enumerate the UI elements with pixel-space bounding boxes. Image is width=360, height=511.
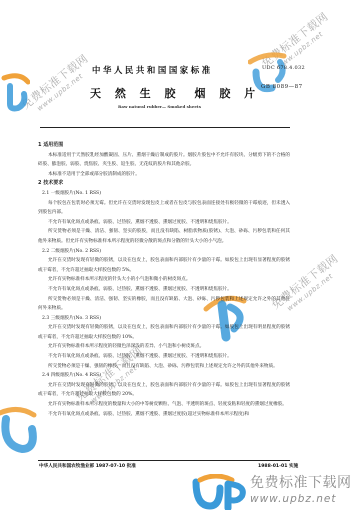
paragraph: 所交货物必须是干燥、强韧的橡胶，而且没有缺陷、大泡、砂砾、污秽包装和上述规定允许…	[38, 362, 290, 372]
title-part-2: 烟 胶 片	[195, 87, 261, 100]
paragraph: 允许在交货时发现有轻微的胶锈，以及在包皮上，胶包表面和内部胶片有少量的干霉。如胶…	[38, 323, 290, 342]
paragraph: 本标准适用于天然胶乳经加酸凝固、压片、熏烟干燥后制成的胶片。烟胶片胶包中不允许有…	[38, 151, 290, 170]
gb-number: GB 8089—87	[261, 84, 303, 90]
section-heading: 2 技术要求	[38, 179, 290, 189]
watermark-url: www.upbz.net	[36, 63, 96, 113]
paragraph: 允许有实物标准样本所示程度的针头大小的小气泡和微小的树皮斑点。	[38, 275, 290, 285]
brand-url: www.upbz.net	[250, 493, 337, 505]
paragraph: 不允许有氧化斑点或条痕、弱胶、过热胶、熏烟不透胶、熏烟过度胶、不透明和烧焦胶片。	[38, 285, 290, 295]
paragraph: 允许在交货时发现有轻微的胶锈，以及在包皮上，胶包表面和内部胶片有少量的干霉。如胶…	[38, 381, 290, 400]
paragraph: 所交货物必须是干燥、清洁、强韧、坚实的橡胶，而且没有缺陷、大泡、砂砾、污秽包装和…	[38, 295, 290, 314]
standard-name: 中华人民共和国国家标准	[92, 64, 213, 76]
up-logo-icon	[0, 405, 40, 455]
brand-watermark: 免费标准下载网 www.upbz.net	[192, 472, 360, 511]
title-part-1: 天 然 生 胶	[90, 87, 181, 100]
up-logo-icon	[0, 72, 30, 112]
subsection-heading: 2.1 一级烟胶片(No. 1 RSS)	[42, 189, 290, 199]
paragraph: 不允许有氧化斑点或条痕、弱胶、过热胶、熏烟不透胶、熏烟过度胶、不透明和烧焦胶片。	[38, 218, 290, 228]
header-rule	[40, 127, 290, 128]
paragraph: 不允许有氧化斑点或条痕、弱胶、过热胶、熏烟不透胶、熏烟过度胶(超过实物标准样本所…	[38, 410, 290, 420]
udc-code: UDC 678.4.032	[262, 65, 305, 71]
subsection-heading: 2.3 三级烟胶片(No. 3 RSS)	[42, 314, 290, 324]
paragraph: 所交货物必须是干燥、清洁、强韧、坚实的胶胶，而且没有缺陷、树脂状物质(胶锈)、大…	[38, 227, 290, 246]
approval-info: 中华人民共和国农牧渔业部 1987-07-10 批准	[39, 463, 136, 469]
paragraph: 允许在交货时发现有轻微的胶锈，以及在包皮上，胶包表面和内部胶片有少量的干霉。如胶…	[38, 256, 290, 275]
paragraph: 允许有实物标准样本所示程度的数量和大小的中等树皮颗粒、气泡、半透明的斑点、轻度发…	[38, 400, 290, 410]
watermark-url: www.upbz.net	[286, 263, 346, 313]
up-logo-icon	[192, 474, 248, 510]
document-page: 免费标准下载网 www.upbz.net 免费标准下载网 www.upbz.ne…	[0, 0, 360, 511]
paragraph: 允许有实物标准样本所示程度的轻微色泽深浅的差异、小气泡和小树皮斑点。	[38, 342, 290, 352]
document-body: 1 适用范围 本标准适用于天然胶乳经加酸凝固、压片、熏烟干燥后制成的胶片。烟胶片…	[38, 141, 290, 419]
paragraph: 本标准不适用于全部或部分胶清制成的胶片。	[38, 170, 290, 180]
document-title-cn: 天 然 生 胶烟 胶 片	[90, 85, 260, 101]
document-title-en: Raw natural rubber— Smoked sheets	[118, 104, 201, 109]
section-heading: 1 适用范围	[38, 141, 290, 151]
subsection-heading: 2.4 四级烟胶片(No. 4 RSS)	[42, 371, 290, 381]
paragraph: 每个胶包在包装时必须无霉。但允许在交货时发现包皮上或者在包皮与胶包表面连接处有极…	[38, 199, 290, 218]
paragraph: 不允许有氧化斑点或条痕、弱胶、过热胶、熏烟不透胶、熏烟过度胶、不透明和烧焦胶片。	[38, 352, 290, 362]
effective-date: 1988-01-01 实施	[258, 463, 298, 469]
brand-name: 免费标准下载网	[250, 472, 352, 492]
footer-rule	[38, 460, 290, 461]
subsection-heading: 2.2 二级烟胶片(No. 2 RSS)	[42, 247, 290, 257]
